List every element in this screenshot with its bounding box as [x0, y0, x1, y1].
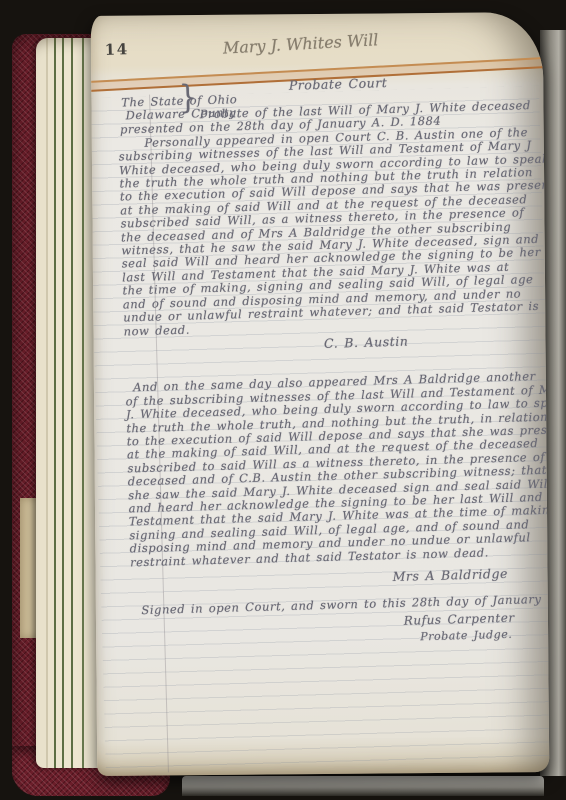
- page-content: 14 Mary J. Whites Will Probate Court The…: [91, 12, 550, 776]
- photo-backdrop: 14 Mary J. Whites Will Probate Court The…: [0, 0, 566, 800]
- page-title: Mary J. Whites Will: [175, 28, 426, 60]
- testimony-baldridge: And on the same day also appeared Mrs A …: [125, 369, 549, 569]
- under-page-edge: [182, 776, 544, 796]
- page-number: 14: [105, 40, 129, 59]
- caption-brace: }: [179, 90, 198, 106]
- ledger-page: 14 Mary J. Whites Will Probate Court The…: [91, 12, 550, 776]
- page-edge-stack: [36, 38, 98, 768]
- testimony-austin: Personally appeared in open Court C. B. …: [118, 125, 549, 338]
- manuscript: Probate Court The State of Ohio Delaware…: [117, 71, 550, 652]
- witness-signature-baldridge: Mrs A Baldridge: [131, 565, 550, 591]
